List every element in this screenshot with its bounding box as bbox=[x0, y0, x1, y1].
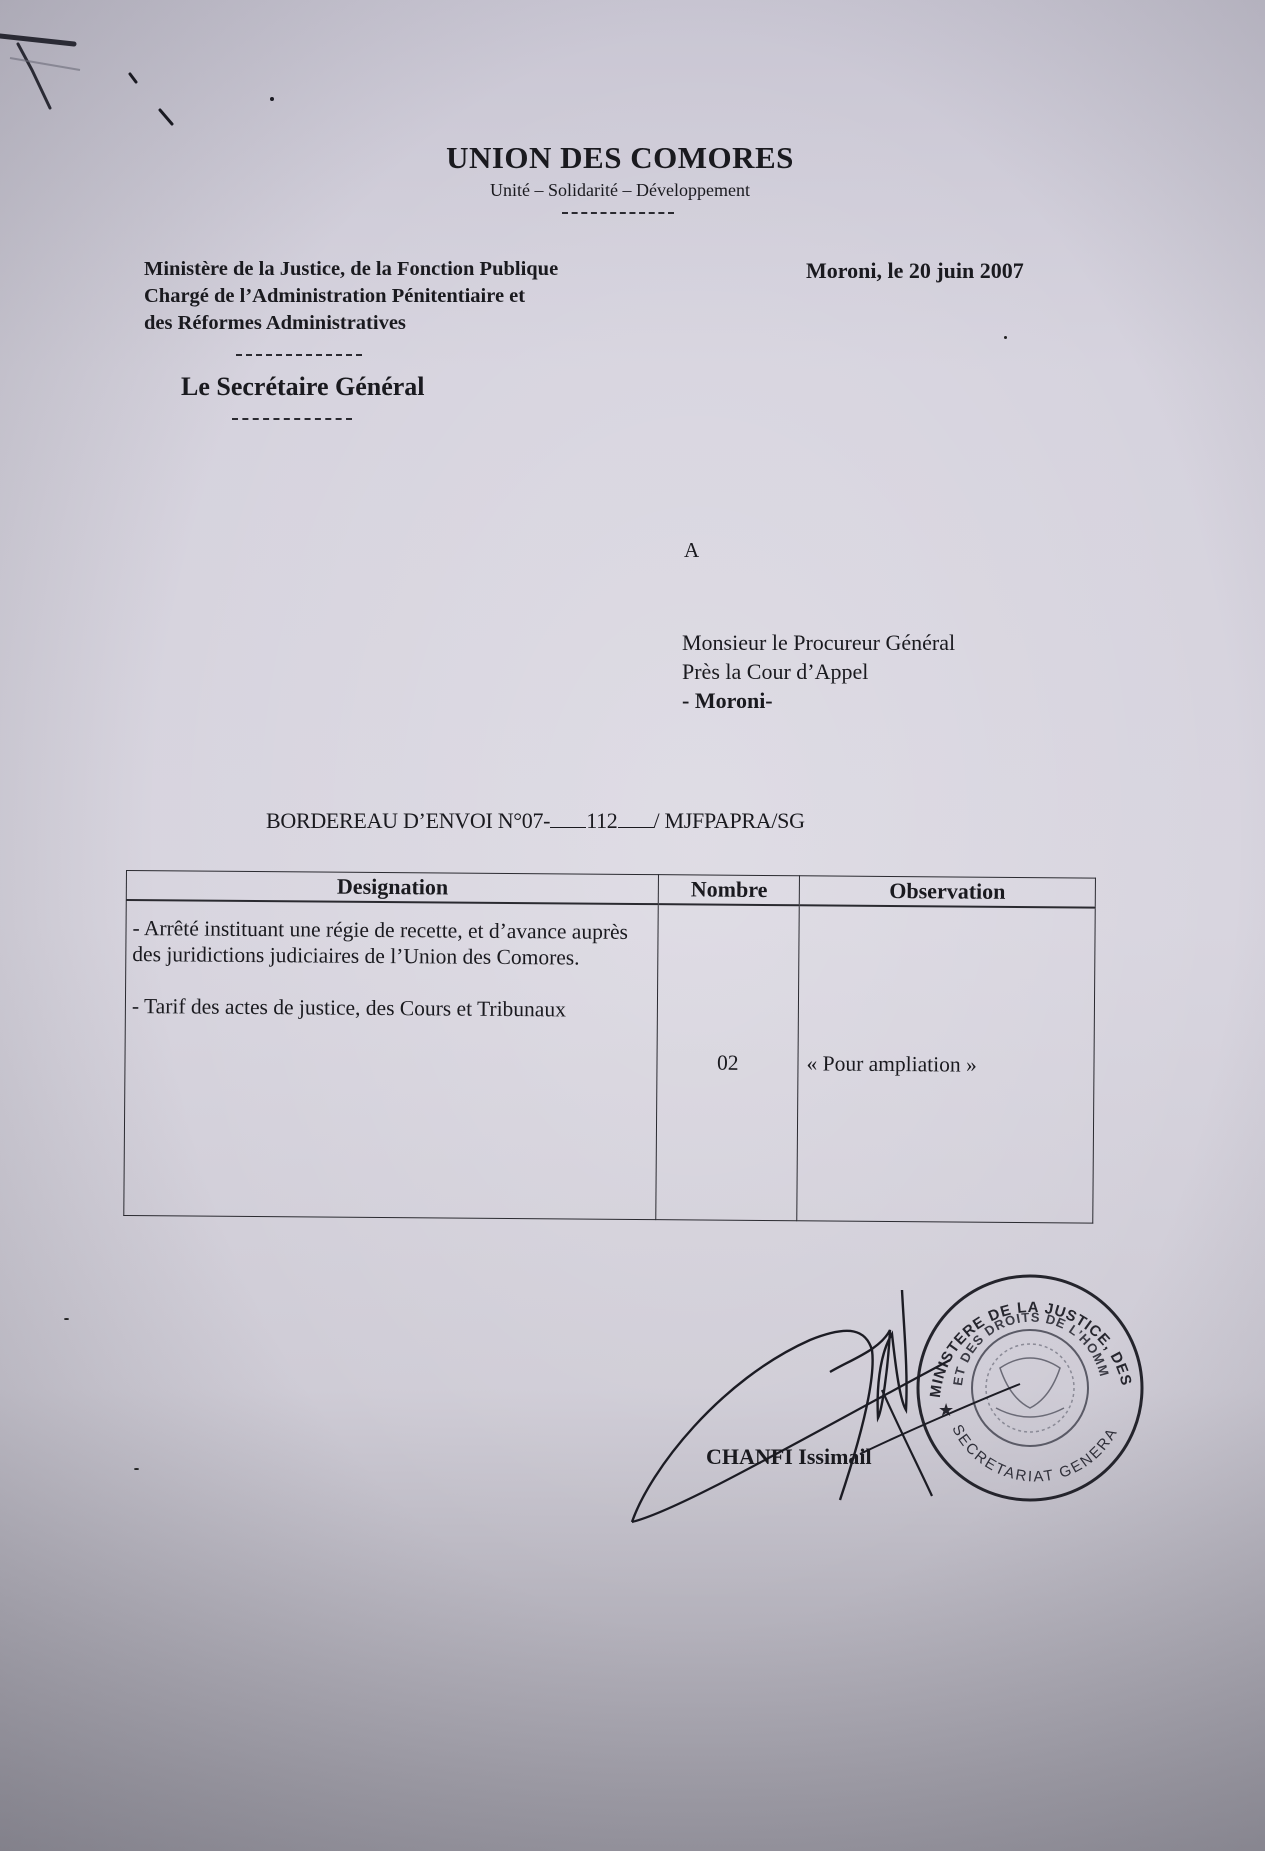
office-title: Le Secrétaire Général bbox=[181, 372, 425, 402]
recipient-address: Monsieur le Procureur Général Près la Co… bbox=[682, 628, 955, 715]
column-header-designation: Designation bbox=[126, 871, 659, 905]
ink-speck bbox=[134, 1468, 139, 1470]
designation-item: - Tarif des actes de justice, des Cours … bbox=[132, 993, 652, 1023]
observation-cell: « Pour ampliation » bbox=[797, 905, 1095, 1223]
ink-speck bbox=[1004, 336, 1007, 339]
ink-speck bbox=[64, 1318, 69, 1320]
designation-cell: - Arrêté instituant une régie de recette… bbox=[124, 900, 659, 1220]
ministry-line: Ministère de la Justice, de la Fonction … bbox=[144, 256, 558, 283]
place-and-date: Moroni, le 20 juin 2007 bbox=[806, 258, 1024, 284]
items-table: Designation Nombre Observation - Arrêté … bbox=[123, 870, 1096, 1224]
blank-line bbox=[618, 809, 654, 828]
recipient-line: Monsieur le Procureur Général bbox=[682, 628, 955, 657]
column-header-nombre: Nombre bbox=[659, 875, 800, 906]
national-motto: Unité – Solidarité – Développement bbox=[0, 180, 1240, 201]
nombre-cell: 02 bbox=[656, 904, 799, 1221]
designation-item: - Arrêté instituant une régie de recette… bbox=[132, 915, 652, 971]
column-header-observation: Observation bbox=[799, 876, 1095, 908]
ministry-name: Ministère de la Justice, de la Fonction … bbox=[144, 256, 558, 337]
bordereau-prefix: BORDEREAU D’ENVOI N°07- bbox=[266, 808, 550, 833]
recipient-label: A bbox=[684, 538, 699, 563]
signature-icon bbox=[620, 1290, 1020, 1550]
bordereau-reference: BORDEREAU D’ENVOI N°07-112/ MJFPAPRA/SG bbox=[266, 808, 805, 834]
recipient-line: Près la Cour d’Appel bbox=[682, 657, 955, 686]
bordereau-suffix: / MJFPAPRA/SG bbox=[654, 808, 805, 833]
ministry-line: des Réformes Administratives bbox=[144, 310, 558, 337]
divider bbox=[562, 212, 674, 214]
country-title: UNION DES COMORES bbox=[0, 140, 1240, 176]
blank-line bbox=[550, 809, 586, 828]
ministry-line: Chargé de l’Administration Pénitentiaire… bbox=[144, 283, 558, 310]
bordereau-number: 112 bbox=[586, 808, 617, 833]
handwritten-mark-icon bbox=[0, 0, 200, 140]
signatory-name: CHANFI Issimail bbox=[706, 1444, 872, 1470]
divider bbox=[236, 354, 362, 356]
recipient-city: - Moroni- bbox=[682, 686, 955, 715]
divider bbox=[232, 418, 352, 420]
table-row: - Arrêté instituant une régie de recette… bbox=[124, 900, 1095, 1223]
